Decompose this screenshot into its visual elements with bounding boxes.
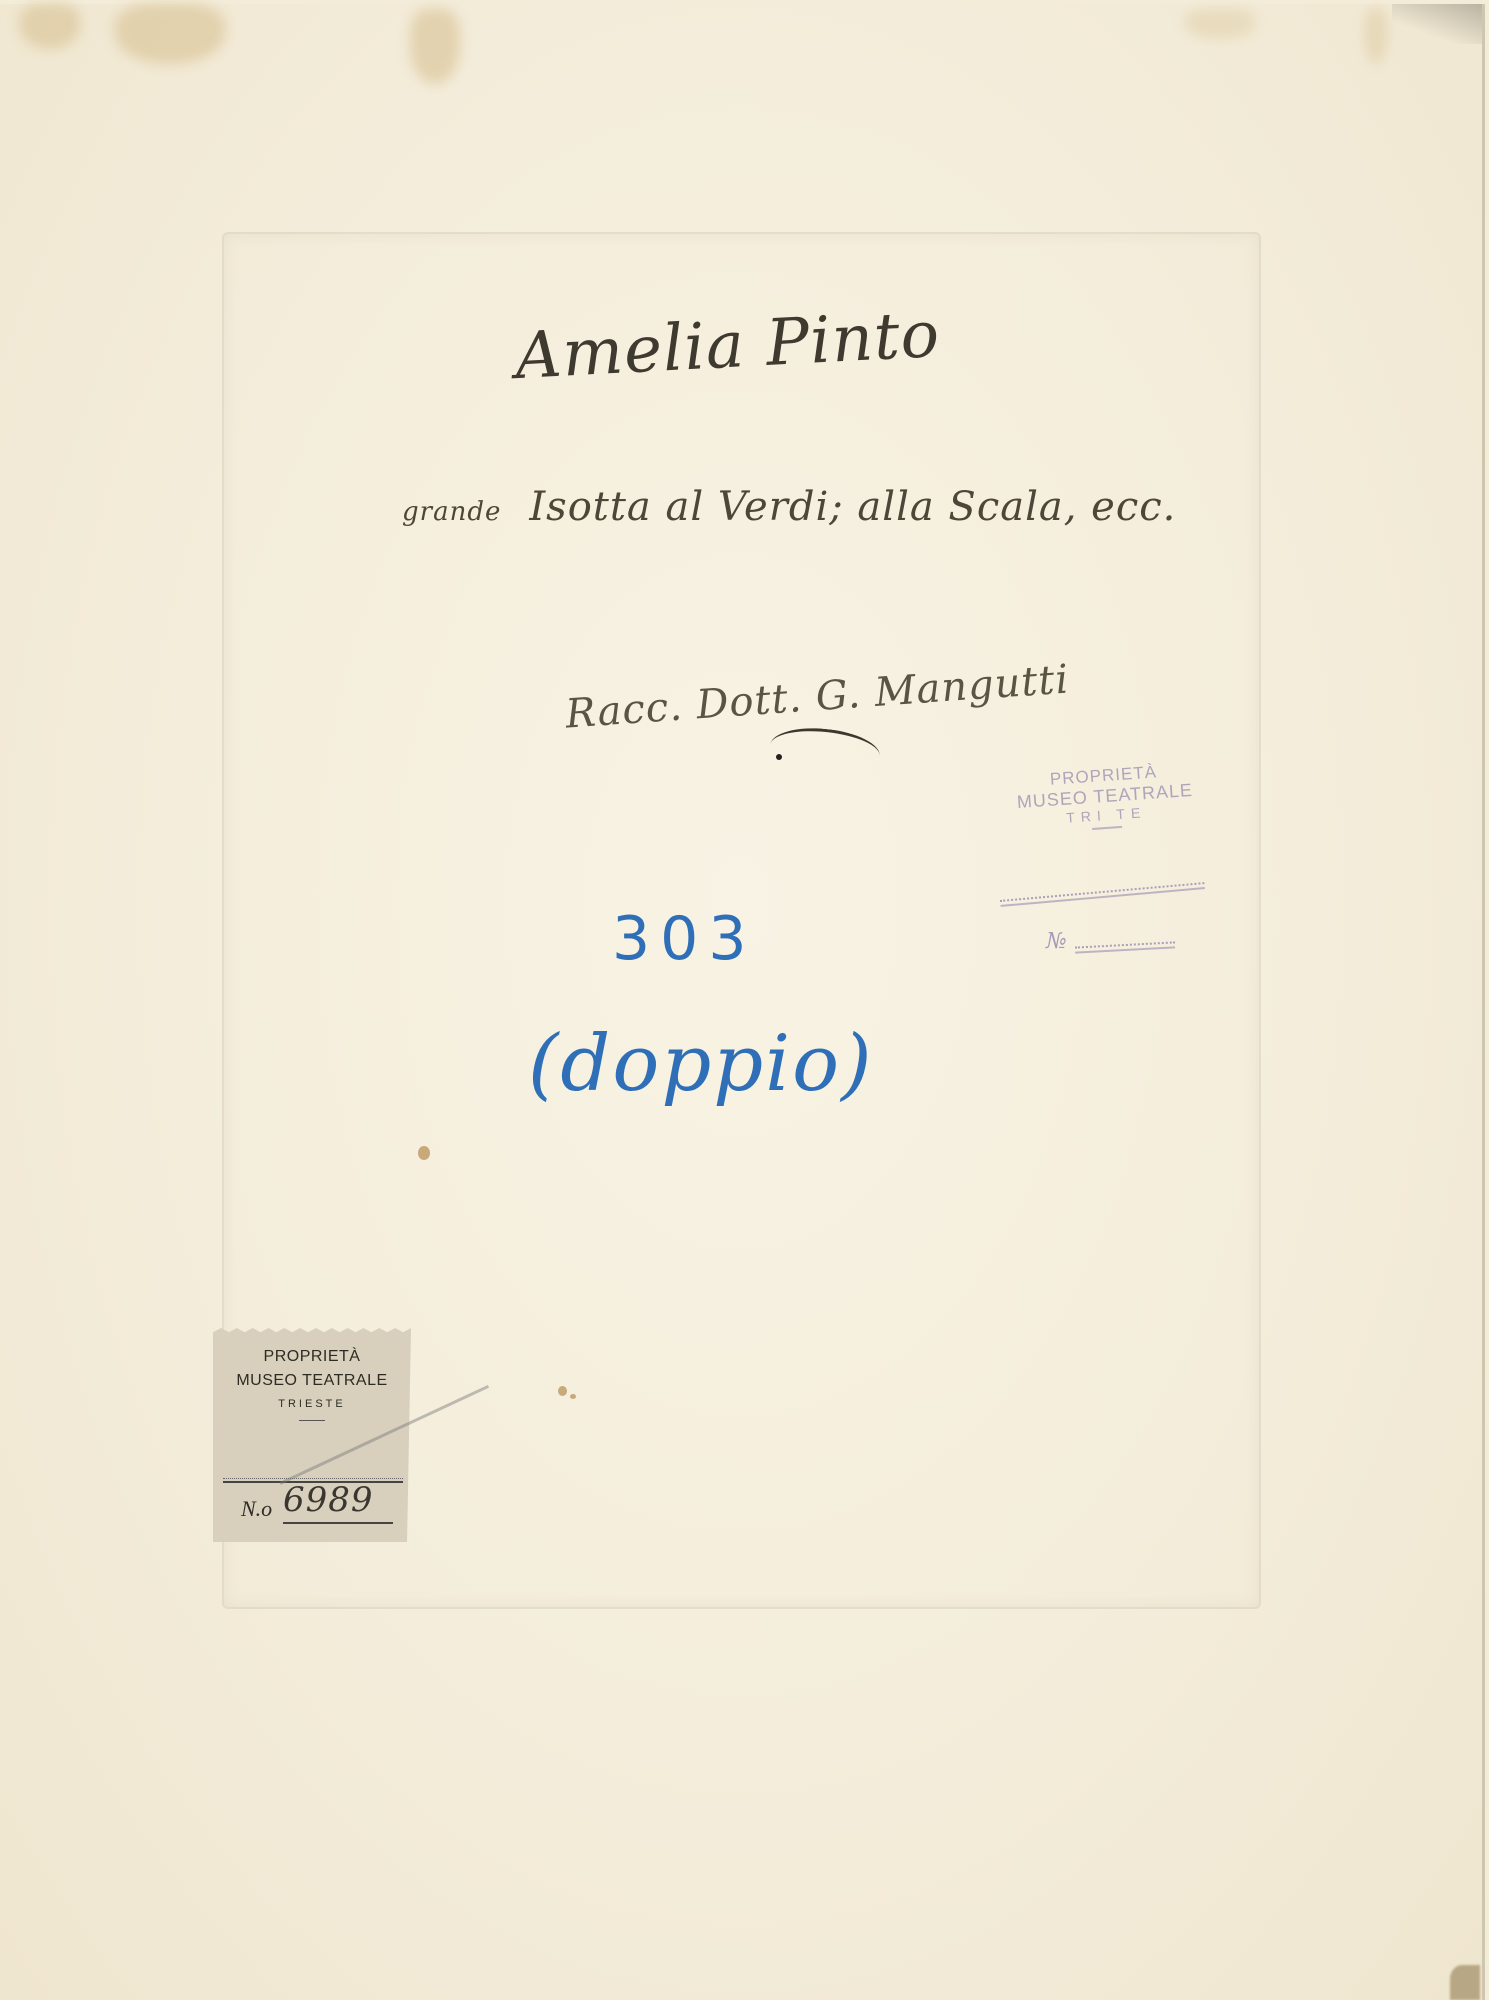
blue-note: (doppio): [528, 1019, 874, 1109]
blue-number: 303: [612, 904, 757, 974]
label-line-3: TRIESTE: [213, 1398, 411, 1410]
label-line-2: MUSEO TEATRALE: [213, 1372, 411, 1390]
label-number-value: 6989: [283, 1480, 374, 1520]
water-stain: [1185, 9, 1255, 39]
foxing-spot: [570, 1394, 576, 1399]
water-stain: [20, 4, 80, 49]
foxing-spot: [558, 1386, 567, 1396]
label-number-prefix: N.o: [241, 1496, 272, 1522]
label-line-1: PROPRIETÀ: [213, 1348, 411, 1366]
handwritten-caption: grandeIsotta al Verdi; alla Scala, ecc.: [402, 484, 1176, 530]
water-stain: [115, 4, 225, 64]
water-stain: [410, 9, 460, 84]
caption-text: Isotta al Verdi; alla Scala, ecc.: [529, 484, 1176, 530]
water-stain: [1365, 9, 1387, 64]
label-number-rule: [283, 1522, 393, 1524]
foxing-spot: [418, 1146, 430, 1160]
corner-wear: [1392, 4, 1482, 44]
corner-damage: [1450, 1965, 1480, 2000]
caption-prefix: grande: [402, 497, 501, 527]
label-divider: [299, 1420, 325, 1421]
card-back: Amelia Pinto grandeIsotta al Verdi; alla…: [0, 4, 1485, 2000]
stamp-number-label: №: [1046, 929, 1067, 954]
ink-dot: [776, 754, 782, 760]
